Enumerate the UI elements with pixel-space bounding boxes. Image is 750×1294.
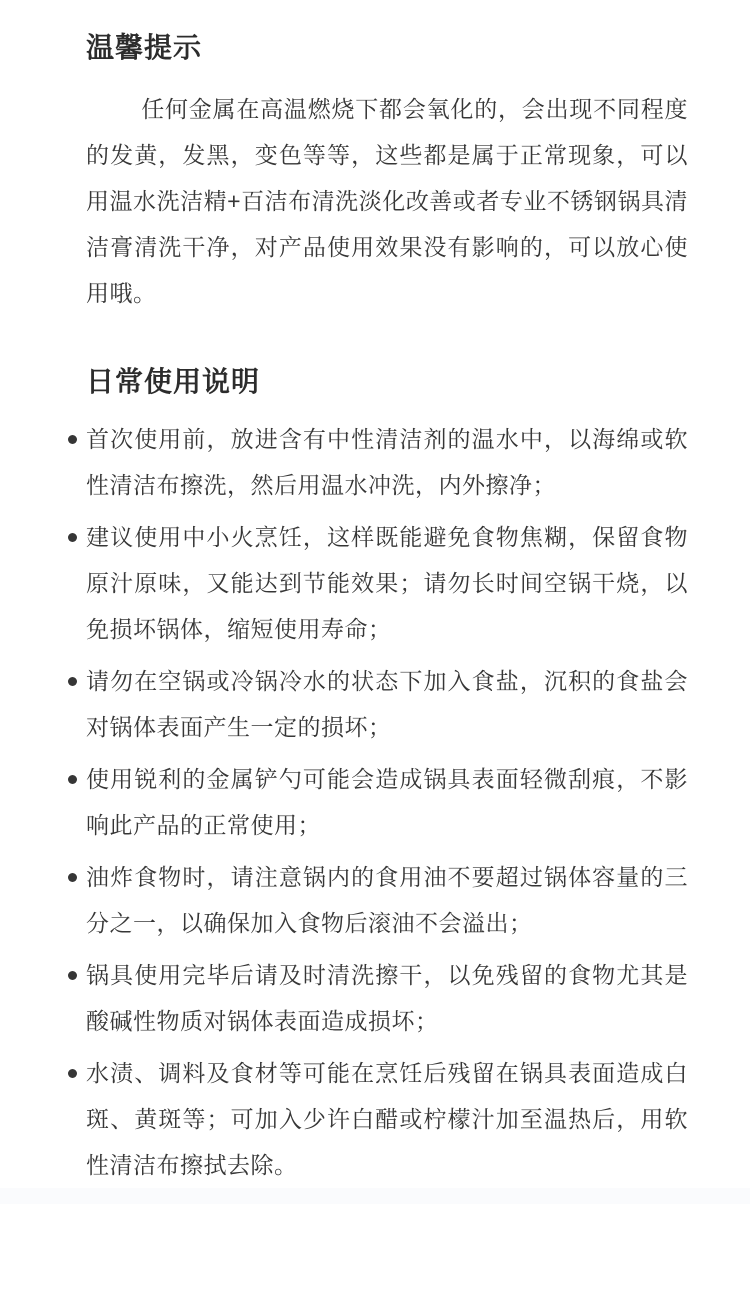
warm-tips-title: 温馨提示 [86,30,688,66]
list-item-text: 锅具使用完毕后请及时清洗擦干，以免残留的食物尤其是酸碱性物质对锅体表面造成损坏； [86,962,688,1034]
warm-tips-paragraph: 任何金属在高温燃烧下都会氧化的，会出现不同程度的发黄，发黑，变色等等，这些都是属… [86,86,688,316]
list-item-text: 建议使用中小火烹饪，这样既能避免食物焦糊，保留食物原汁原味，又能达到节能效果；请… [86,524,688,642]
list-item-text: 请勿在空锅或冷锅冷水的状态下加入食盐，沉积的食盐会对锅体表面产生一定的损坏； [86,668,688,740]
bullet-dot-icon [68,971,77,980]
daily-usage-list: 首次使用前，放进含有中性清洁剂的温水中，以海绵或软性清洁布擦洗，然后用温水冲洗，… [86,416,688,1188]
bullet-dot-icon [68,873,77,882]
bullet-dot-icon [68,677,77,686]
list-item: 油炸食物时，请注意锅内的食用油不要超过锅体容量的三分之一，以确保加入食物后滚油不… [86,854,688,946]
faint-divider [0,1188,750,1204]
list-item: 请勿在空锅或冷锅冷水的状态下加入食盐，沉积的食盐会对锅体表面产生一定的损坏； [86,658,688,750]
list-item: 水渍、调料及食材等可能在烹饪后残留在锅具表面造成白斑、黄斑等；可加入少许白醋或柠… [86,1050,688,1188]
list-item: 首次使用前，放进含有中性清洁剂的温水中，以海绵或软性清洁布擦洗，然后用温水冲洗，… [86,416,688,508]
bullet-dot-icon [68,435,77,444]
bullet-dot-icon [68,775,77,784]
list-item: 锅具使用完毕后请及时清洗擦干，以免残留的食物尤其是酸碱性物质对锅体表面造成损坏； [86,952,688,1044]
bullet-dot-icon [68,533,77,542]
list-item: 使用锐利的金属铲勺可能会造成锅具表面轻微刮痕，不影响此产品的正常使用； [86,756,688,848]
care-instructions-page: 温馨提示 任何金属在高温燃烧下都会氧化的，会出现不同程度的发黄，发黑，变色等等，… [0,0,750,1294]
daily-usage-title: 日常使用说明 [86,364,688,400]
bullet-dot-icon [68,1069,77,1078]
list-item-text: 使用锐利的金属铲勺可能会造成锅具表面轻微刮痕，不影响此产品的正常使用； [86,766,688,838]
list-item-text: 油炸食物时，请注意锅内的食用油不要超过锅体容量的三分之一，以确保加入食物后滚油不… [86,864,688,936]
list-item: 建议使用中小火烹饪，这样既能避免食物焦糊，保留食物原汁原味，又能达到节能效果；请… [86,514,688,652]
list-item-text: 水渍、调料及食材等可能在烹饪后残留在锅具表面造成白斑、黄斑等；可加入少许白醋或柠… [86,1060,688,1178]
list-item-text: 首次使用前，放进含有中性清洁剂的温水中，以海绵或软性清洁布擦洗，然后用温水冲洗，… [86,426,688,498]
